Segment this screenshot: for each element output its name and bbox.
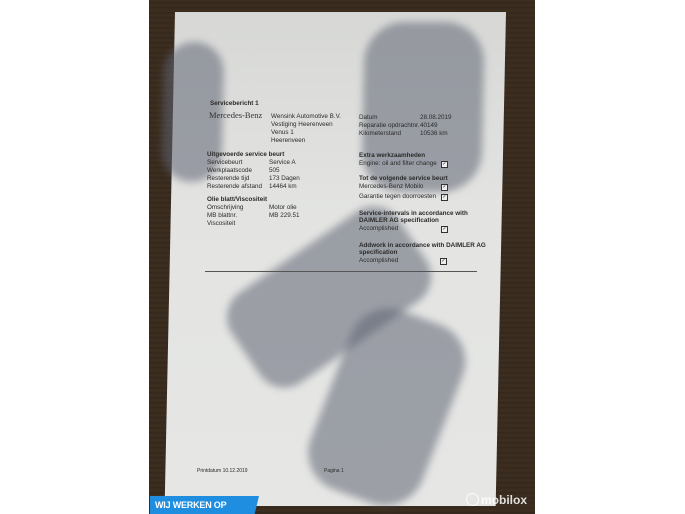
checkbox-checked-icon: ✓ <box>441 161 448 168</box>
dealer-line: Heerenveen <box>271 137 305 146</box>
brand-logo: Mercedes-Benz <box>209 110 262 120</box>
next-service-item: Mercedes-Benz Mobilo <box>359 183 423 192</box>
report-title: Servicebericht 1 <box>210 100 259 109</box>
service-value: 14464 km <box>269 183 297 192</box>
checkbox-checked-icon: ✓ <box>441 194 448 201</box>
oil-value: MB 229.51 <box>269 212 299 221</box>
appointment-badge: WIJ WERKEN OP AFSPRAAK <box>150 496 259 514</box>
page-number: Pagina 1 <box>324 467 344 476</box>
service-label: Resterende afstand <box>207 183 262 192</box>
info-value: 10536 km <box>420 130 448 139</box>
checkbox-checked-icon: ✓ <box>441 184 448 191</box>
divider <box>205 271 477 272</box>
service-report-paper: Servicebericht 1 Mercedes-Benz Wensink A… <box>165 12 506 506</box>
addwork-item: Accomplished <box>359 257 398 266</box>
info-label: Kilometerstand <box>359 130 401 139</box>
watermark-text: mobilox <box>481 493 527 507</box>
mobilox-watermark: mobilox <box>466 493 527 507</box>
document-photo: Servicebericht 1 Mercedes-Benz Wensink A… <box>149 0 535 514</box>
next-service-item: Garantie tegen doorroesten <box>359 193 436 202</box>
intervals-item: Accomplished <box>359 225 398 234</box>
checkbox-checked-icon: ✓ <box>441 226 448 233</box>
checkbox-checked-icon: ✓ <box>440 258 447 265</box>
extra-item: Engine: oil and filter change <box>359 160 437 169</box>
oil-label: Viscositeit <box>207 220 235 229</box>
mobilox-logo-icon <box>466 493 479 506</box>
print-date: Printdatum 10.12.2019 <box>197 467 248 476</box>
